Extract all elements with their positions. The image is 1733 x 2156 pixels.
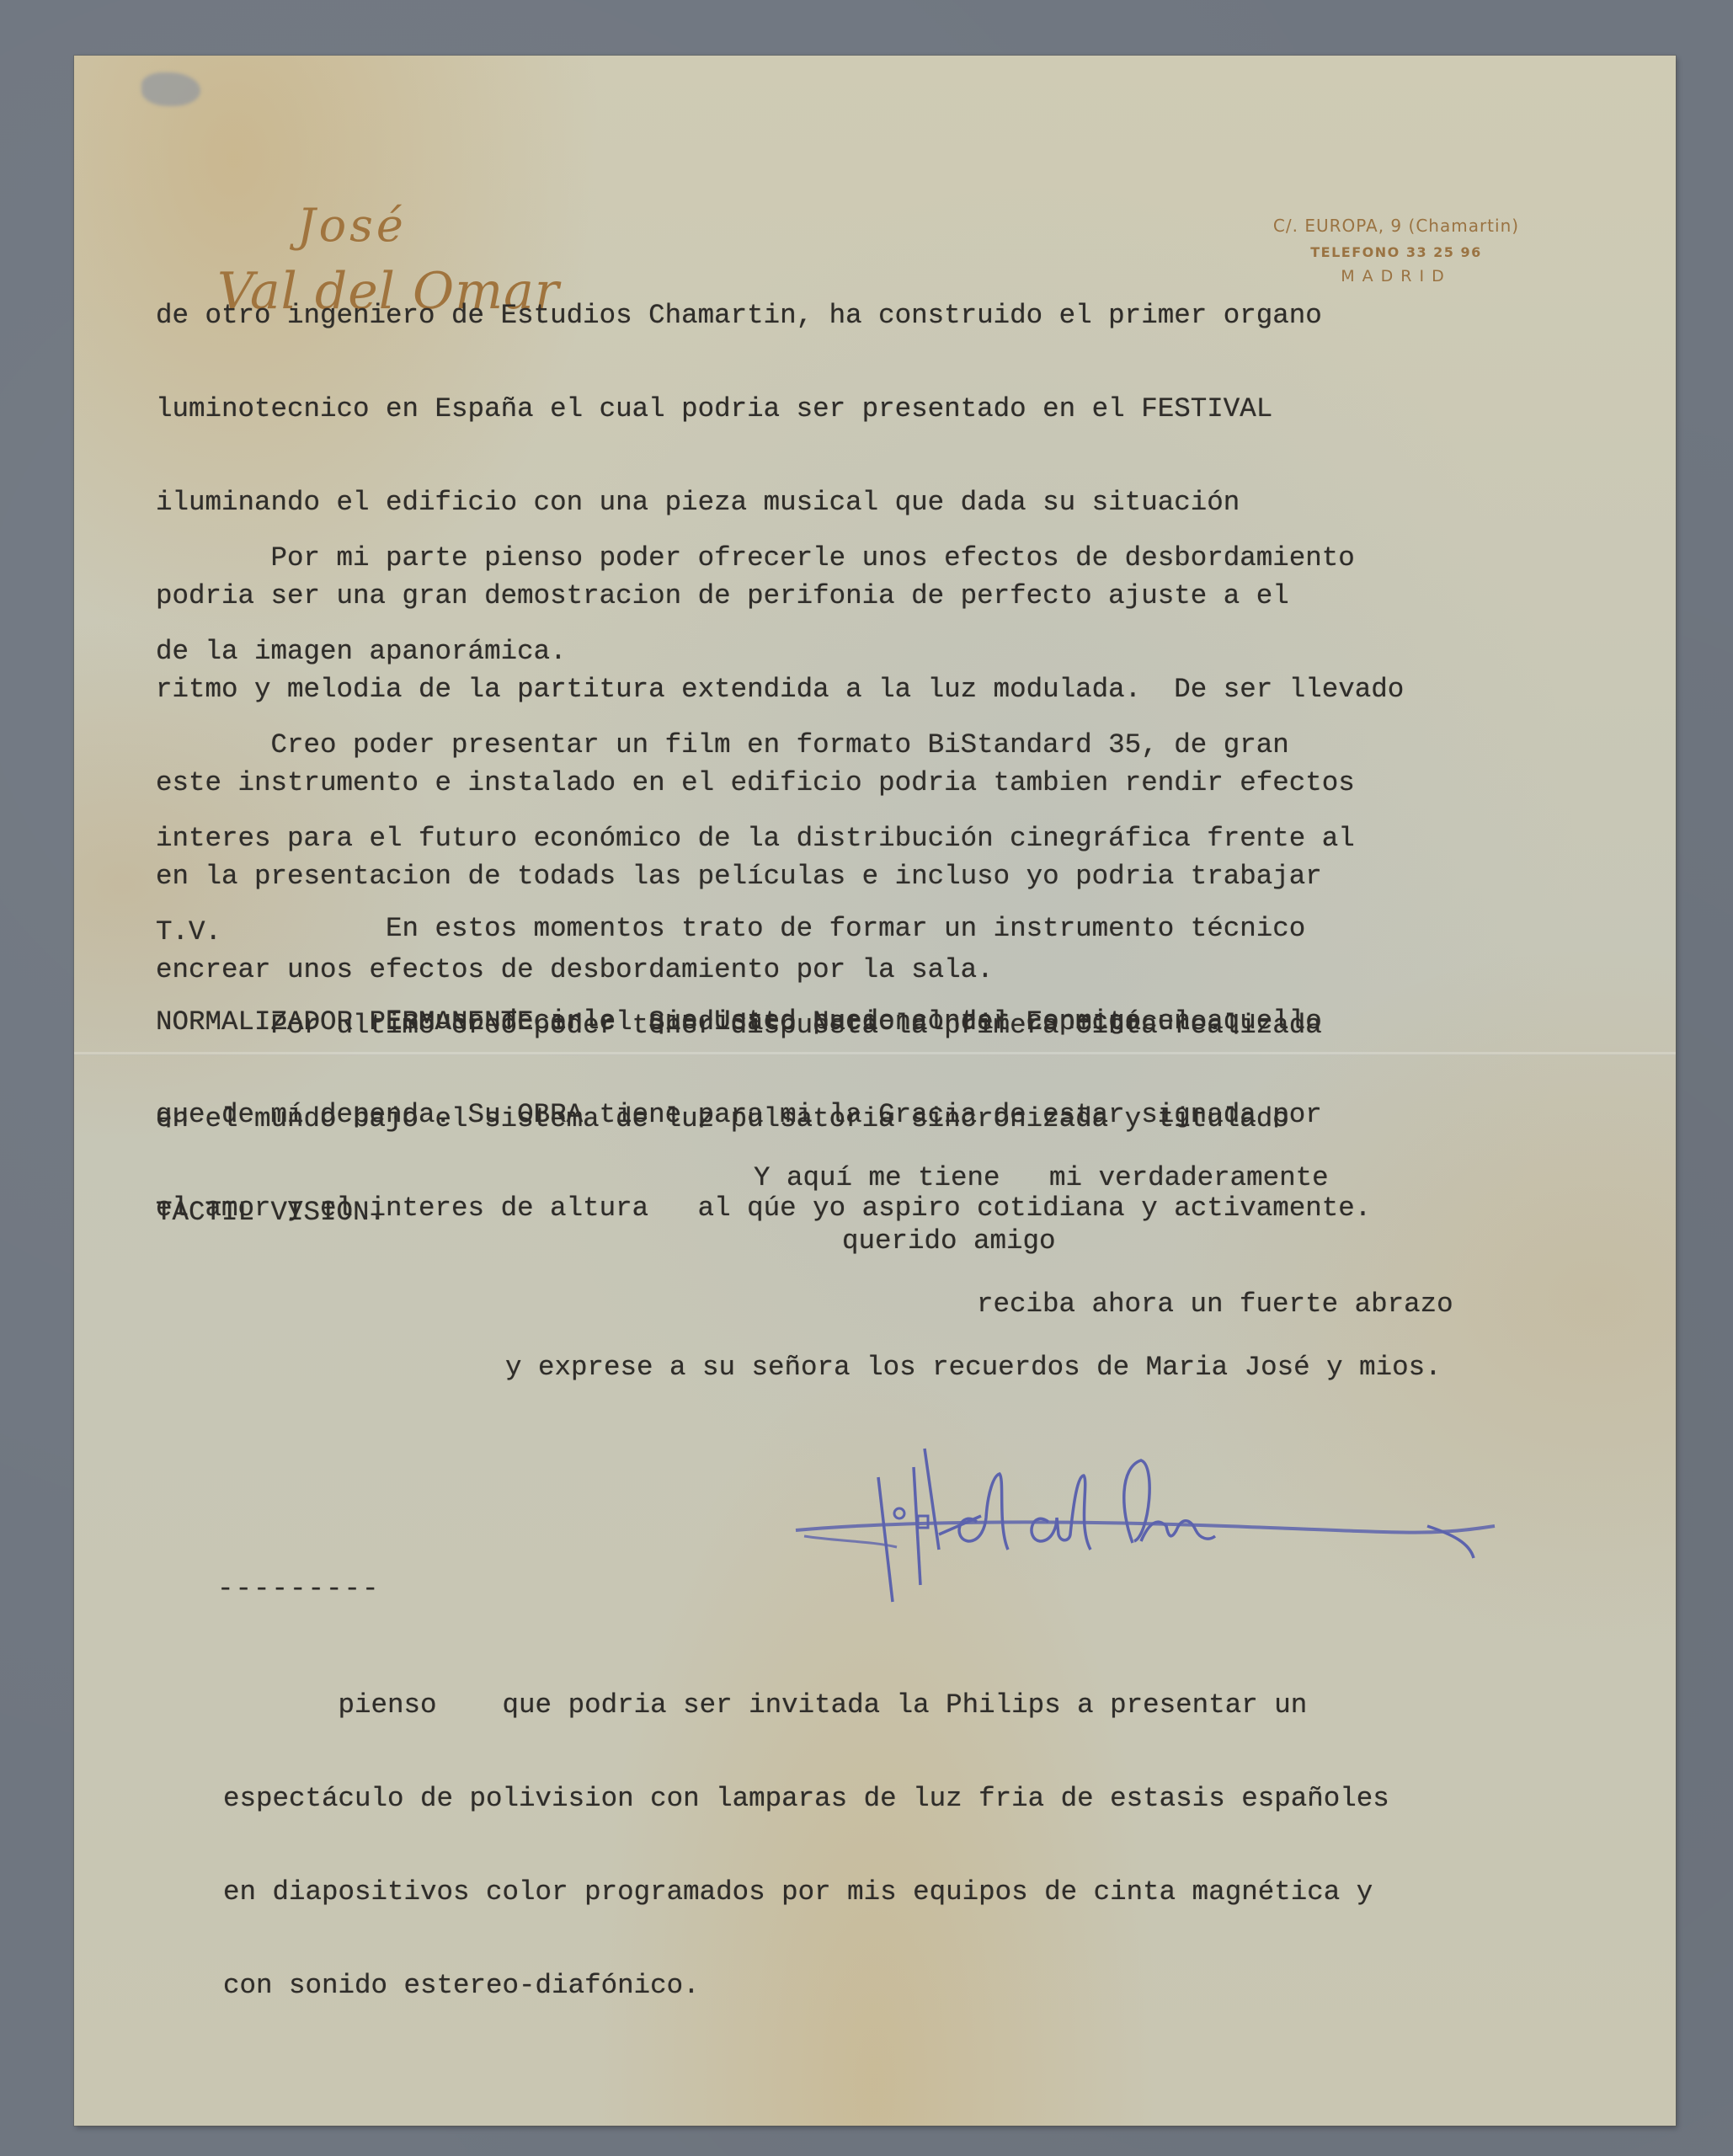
postscript-paragraph: pienso que podria ser invitada la Philip… — [223, 1627, 1389, 2032]
text-line: de otro ingeniero de Estudios Chamartin,… — [156, 300, 1404, 331]
text-line: Escuso decirle que Usted puede contar co… — [156, 1006, 1371, 1037]
postscript-separator: --------- — [217, 1573, 381, 1604]
text-line: interes para el futuro económico de la d… — [156, 823, 1355, 854]
text-line: que de mí dependa. Su OBRA tiene para mi… — [156, 1099, 1371, 1130]
text-line: con sonido estereo-diafónico. — [223, 1970, 1389, 2001]
text-line: pienso que podria ser invitada la Philip… — [223, 1689, 1389, 1721]
handwritten-signature: José Val del Omar — [787, 1442, 1545, 1610]
closing-line-2: querido amigo — [842, 1225, 1056, 1257]
text-line: el amor y el interes de altura al qúe yo… — [156, 1193, 1371, 1224]
paper-stain — [141, 72, 200, 106]
address-street: C/. EUROPA, 9 (Chamartin) — [1228, 216, 1565, 236]
text-line: en diapositivos color programados por mi… — [223, 1876, 1389, 1908]
text-line: de la imagen apanorámica. — [156, 636, 1355, 667]
text-line: espectáculo de polivision con lamparas d… — [223, 1783, 1389, 1814]
text-line: luminotecnico en España el cual podria s… — [156, 393, 1404, 424]
signature-letters-icon — [787, 1442, 1545, 1610]
text-line: Por mi parte pienso poder ofrecerle unos… — [156, 542, 1355, 574]
text-line: Creo poder presentar un film en formato … — [156, 729, 1355, 760]
closing-line-4: y exprese a su señora los recuerdos de M… — [505, 1352, 1442, 1383]
text-line: En estos momentos trato de formar un ins… — [156, 913, 1305, 944]
body-paragraph-4: Escuso decirle que Usted puede contar co… — [156, 943, 1371, 1255]
closing-line-3: reciba ahora un fuerte abrazo — [977, 1289, 1453, 1320]
closing-line-1: Y aquí me tiene mi verdaderamente — [754, 1162, 1329, 1193]
